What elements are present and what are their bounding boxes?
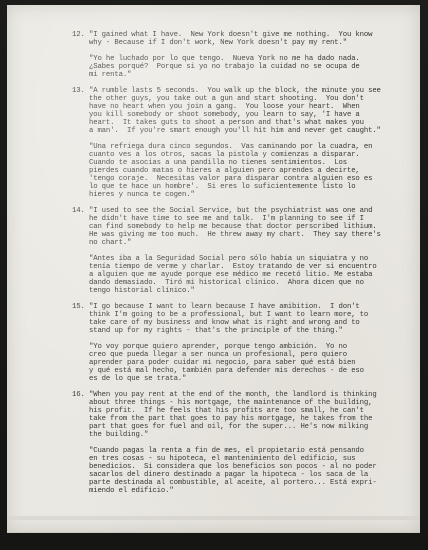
- quote-item-12: 12. "I gained what I have. New York does…: [72, 31, 402, 79]
- quote-body: "I used to see the Social Service, but t…: [89, 207, 402, 295]
- quote-number: 13.: [72, 87, 89, 199]
- quote-body: "When you pay rent at the end of the mon…: [89, 391, 402, 495]
- quote-body: "I go because I want to learn because I …: [89, 303, 402, 383]
- quote-item-13: 13. "A rumble lasts 5 seconds. You walk …: [72, 87, 402, 199]
- quote-number: 15.: [72, 303, 89, 383]
- quote-english: "I used to see the Social Service, but t…: [89, 207, 402, 247]
- quote-english: "A rumble lasts 5 seconds. You walk up t…: [89, 87, 402, 135]
- quote-spanish: "Una refriega dura cinco segundos. Vas c…: [89, 143, 402, 199]
- quote-number: 14.: [72, 207, 89, 295]
- quote-item-15: 15. "I go because I want to learn becaus…: [72, 303, 402, 383]
- quote-item-14: 14. "I used to see the Social Service, b…: [72, 207, 402, 295]
- quote-number: 16.: [72, 391, 89, 495]
- quote-number: 12.: [72, 31, 89, 79]
- page-content: 12. "I gained what I have. New York does…: [72, 31, 402, 503]
- quote-spanish: "Cuando pagas la renta a fin de mes, el …: [89, 447, 402, 495]
- quote-spanish: "Yo voy porque quiero aprender, porque t…: [89, 343, 402, 383]
- quote-spanish: "Antes iba a la Seguridad Social pero só…: [89, 255, 402, 295]
- quote-body: "A rumble lasts 5 seconds. You walk up t…: [89, 87, 402, 199]
- quote-body: "I gained what I have. New York doesn't …: [89, 31, 402, 79]
- quote-english: "I gained what I have. New York doesn't …: [89, 31, 402, 47]
- document-page: 12. "I gained what I have. New York does…: [7, 5, 420, 532]
- quote-english: "I go because I want to learn because I …: [89, 303, 402, 335]
- page-bottom-edge: [7, 516, 420, 520]
- quote-spanish: "Yo he luchado por lo que tengo. Nueva Y…: [89, 55, 402, 79]
- photo-frame: 12. "I gained what I have. New York does…: [0, 0, 428, 550]
- quote-item-16: 16. "When you pay rent at the end of the…: [72, 391, 402, 495]
- quote-english: "When you pay rent at the end of the mon…: [89, 391, 402, 439]
